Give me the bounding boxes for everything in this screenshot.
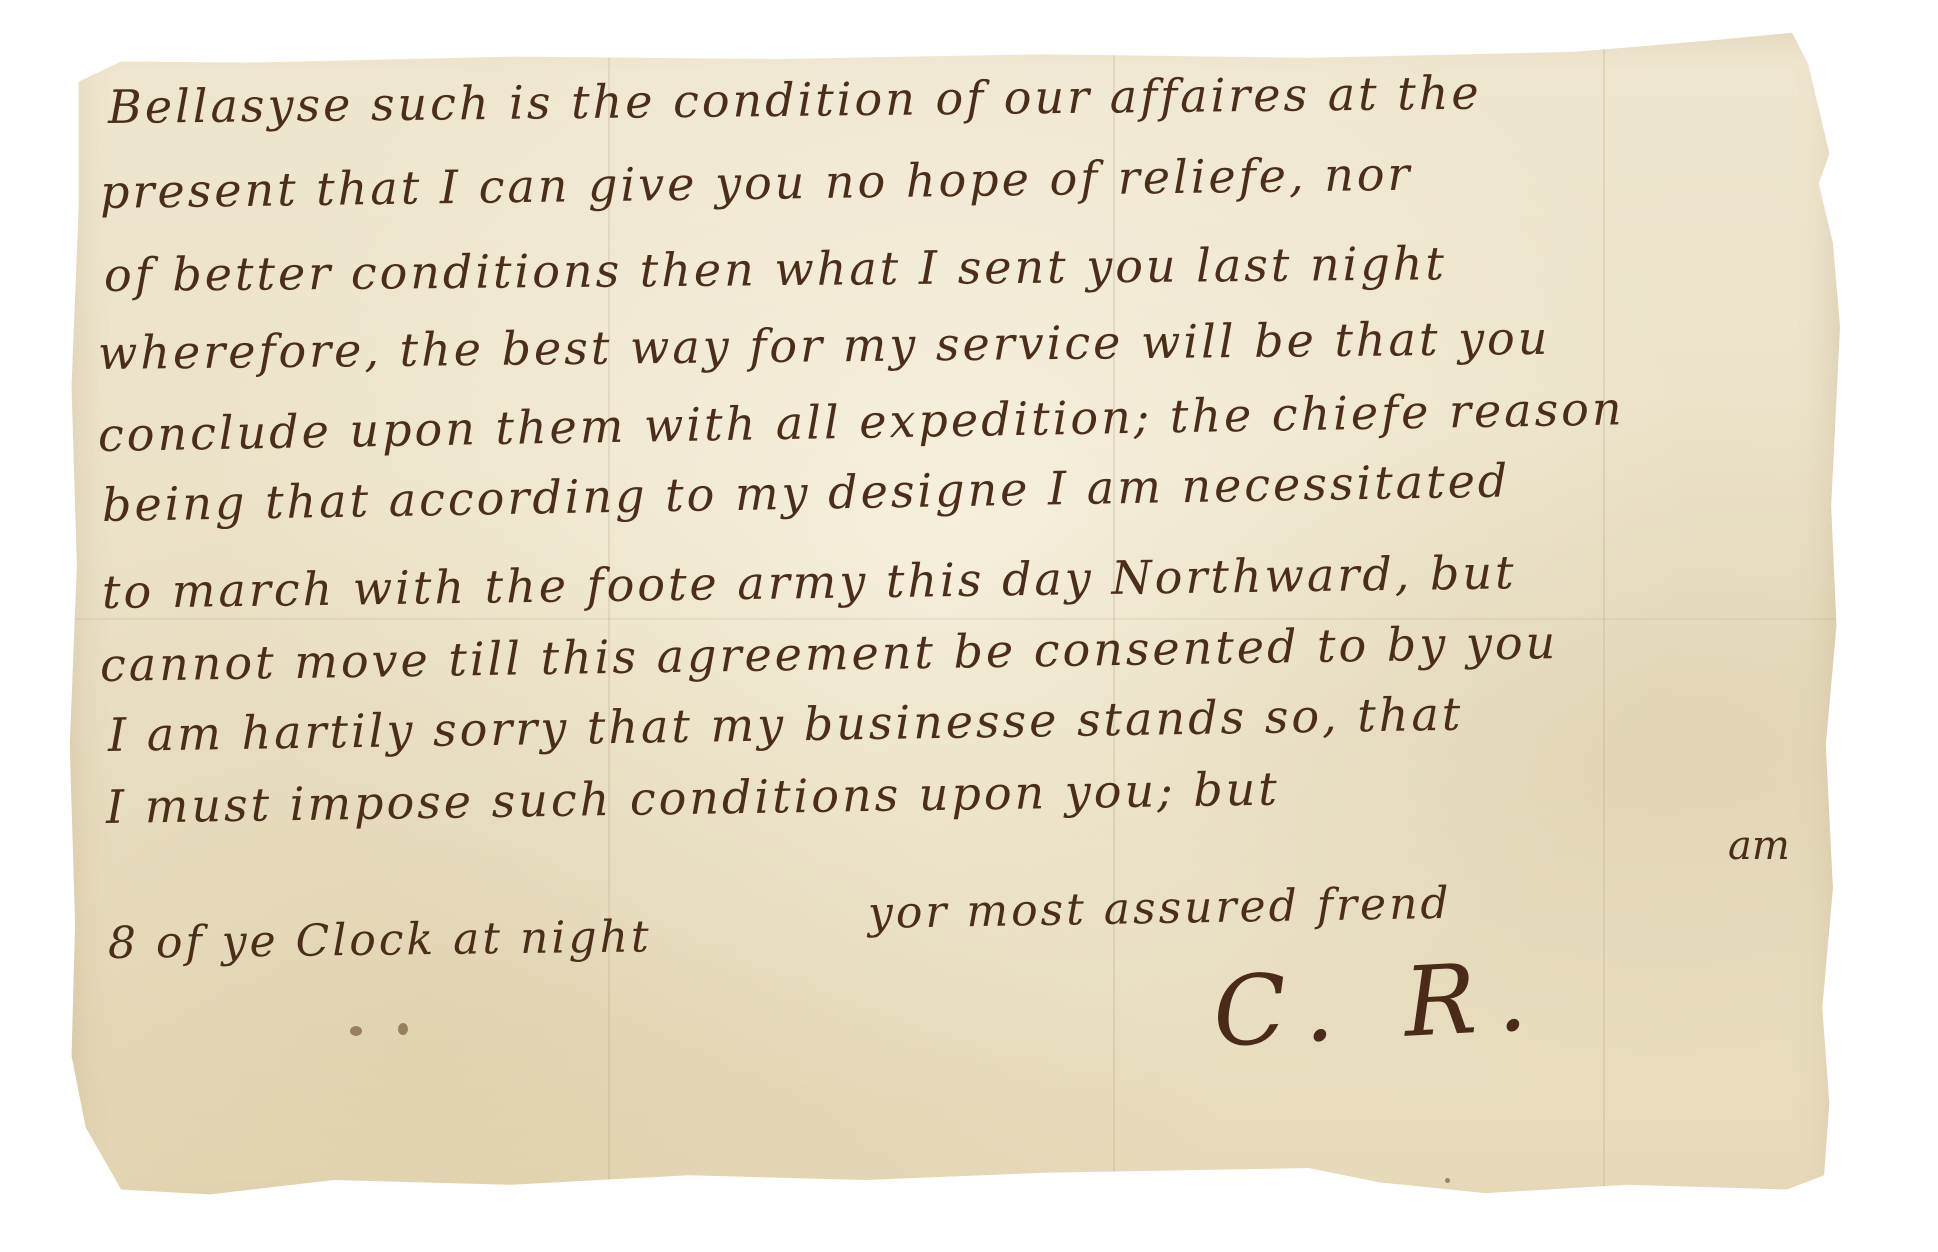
document-stage: Bellasyse such is the condition of our a… — [0, 0, 1938, 1252]
letter-body: Bellasyse such is the condition of our a… — [68, 28, 1840, 1223]
closing-salutation: yor most assured frend — [868, 878, 1452, 939]
letter-line-8: cannot move till this agreement be conse… — [100, 615, 1559, 692]
letter-line-1: Bellasyse such is the condition of our a… — [108, 66, 1482, 134]
letter-line-5: conclude upon them with all expedition; … — [98, 381, 1625, 462]
letter-line-7: to march with the foote army this day No… — [102, 545, 1517, 619]
interlinear-addition: am — [1728, 823, 1790, 869]
signature: C. R. — [1210, 939, 1549, 1068]
letter-line-10: I must impose such conditions upon you; … — [106, 762, 1281, 834]
letter-line-6: being that according to my designe I am … — [102, 453, 1511, 532]
letter-line-3: of better conditions then what I sent yo… — [104, 236, 1447, 302]
letter-paper: Bellasyse such is the condition of our a… — [68, 28, 1840, 1223]
letter-line-4: wherefore, the best way for my service w… — [98, 311, 1551, 380]
letter-line-2: present that I can give you no hope of r… — [100, 147, 1413, 219]
dateline: 8 of ye Clock at night — [108, 911, 652, 969]
letter-line-9: I am hartily sorry that my businesse sta… — [108, 687, 1464, 762]
